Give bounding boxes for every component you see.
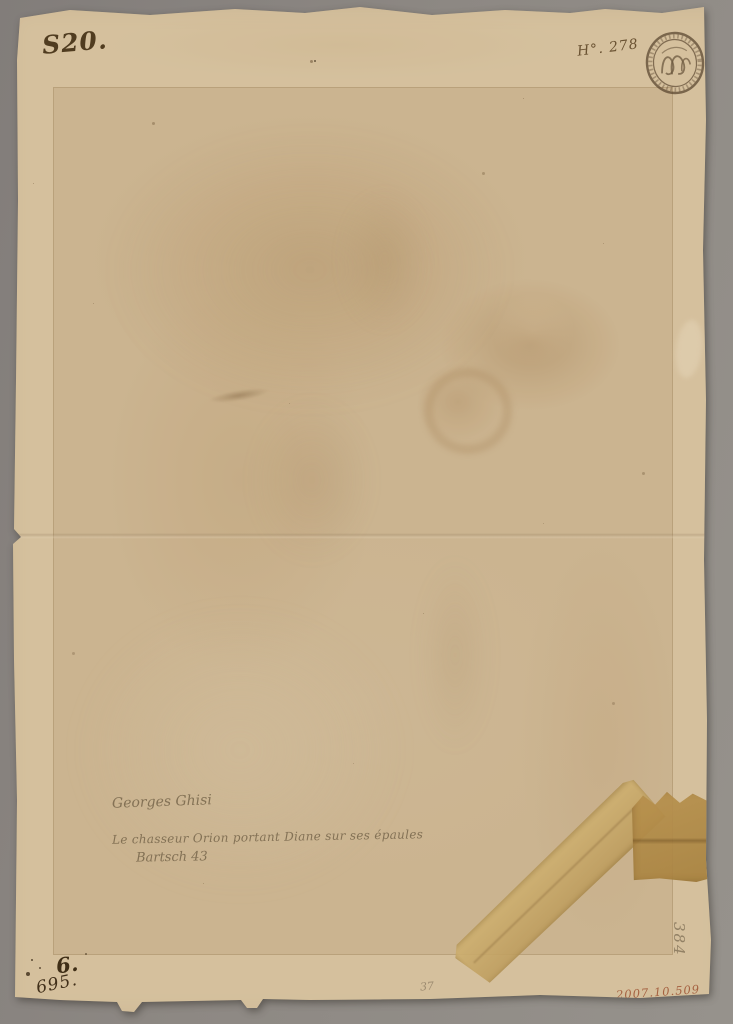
photograph-background: S20. H°. 278 Georges Ghisi Le chasseur O… [0, 0, 733, 1024]
faint-pencil-number: 37 [419, 979, 434, 993]
collectors-stamp-icon [640, 27, 711, 99]
inventory-number-top-left: S20. [41, 25, 109, 60]
paper-sheet: S20. H°. 278 Georges Ghisi Le chasseur O… [0, 0, 733, 1024]
ink-splatter-dots [0, 0, 4, 4]
paper-sheet-wrapper: S20. H°. 278 Georges Ghisi Le chasseur O… [0, 0, 733, 1024]
inventory-number-top-right: H°. 278 [576, 36, 639, 59]
paper-repair-spot [673, 319, 706, 380]
catalogue-reference: Bartsch 43 [136, 849, 208, 865]
fold-crease [13, 534, 707, 538]
tape-patch [632, 790, 724, 882]
vertical-pencil-number: 384 [670, 922, 688, 957]
accession-number: 2007.10.509 [616, 982, 701, 1002]
inventory-number-bottom-left: 695. [34, 970, 79, 998]
